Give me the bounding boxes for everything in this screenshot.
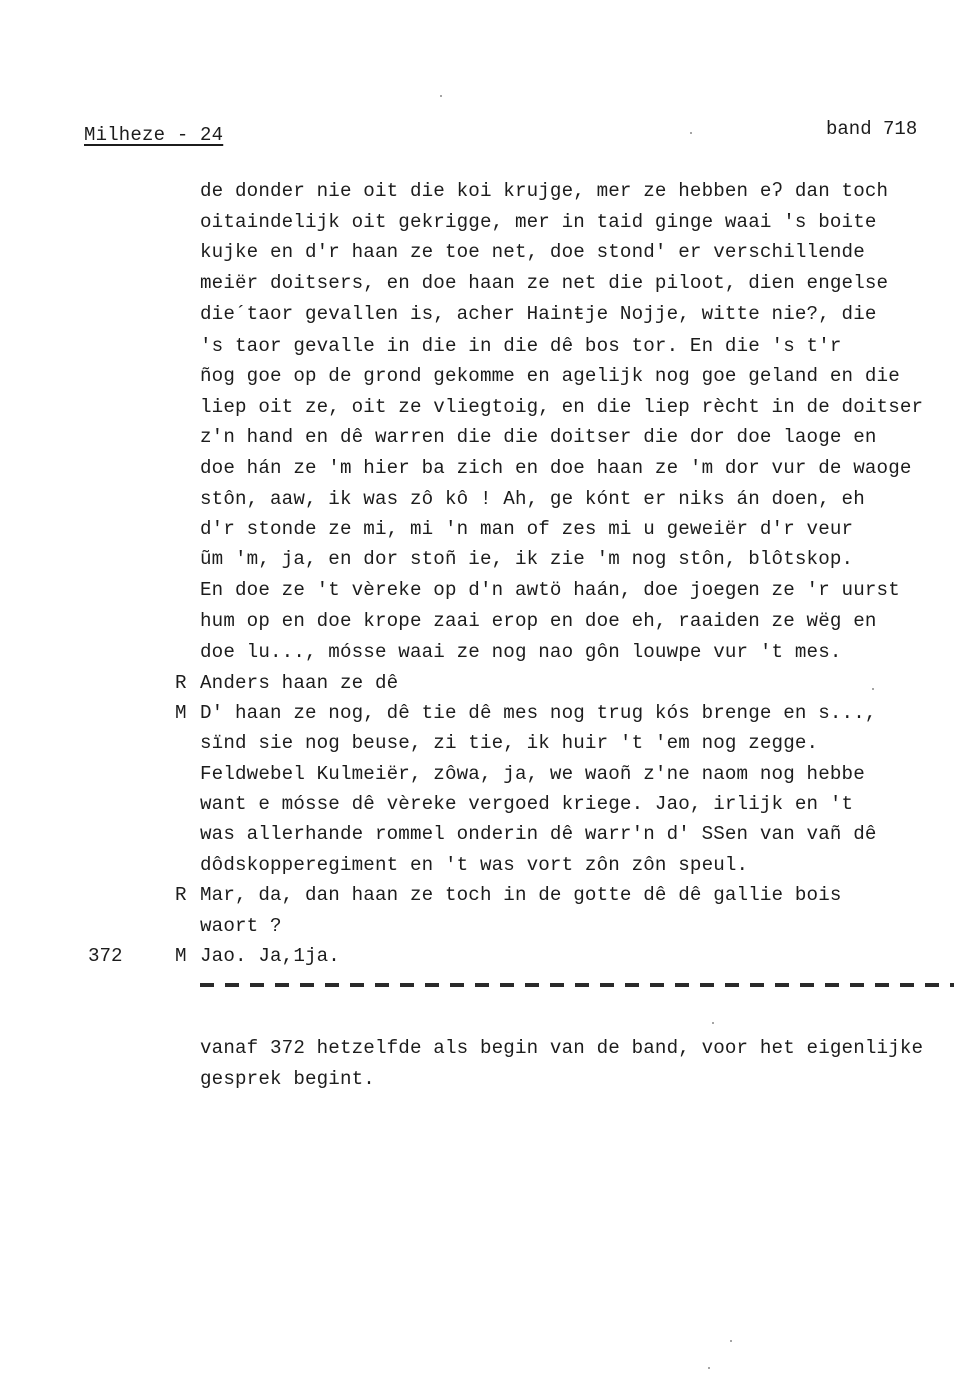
tape-label: band 718 xyxy=(826,118,917,140)
transcript-line: 's taor gevalle in die in die dê bos tor… xyxy=(200,337,842,356)
speaker-label: R xyxy=(175,886,187,905)
transcript-line: Feldwebel Kulmeiër, zôwa, ja, we waoñ z'… xyxy=(200,765,865,784)
note-line: vanaf 372 hetzelfde als begin van de ban… xyxy=(200,1039,923,1058)
transcript-line: was allerhande rommel onderin dê warr'n … xyxy=(200,825,877,844)
scan-speck xyxy=(440,95,442,97)
transcript-line: ũm 'm, ja, en dor stoñ ie, ik zie 'm no… xyxy=(200,550,853,569)
speaker-label: M xyxy=(175,704,187,723)
transcript-line: doe hán ze 'm hier ba zich en doe haan z… xyxy=(200,459,912,478)
transcript-line: die´taor gevallen is, acher Hainŧje Nojj… xyxy=(200,305,877,324)
transcript-line: hum op en doe krope zaai erop en doe eh,… xyxy=(200,612,877,631)
speaker-label: R xyxy=(175,674,187,693)
transcript-line: meiër doitsers, en doe haan ze net die p… xyxy=(200,274,888,293)
transcript-line: kujke en d'r haan ze toe net, doe stond'… xyxy=(200,243,865,262)
transcript-line: sïnd sie nog beuse, zi tie, ik huir 't '… xyxy=(200,734,818,753)
scan-speck xyxy=(708,1367,710,1369)
note-line: gesprek begint. xyxy=(200,1070,375,1089)
transcript-line: doe lu..., mósse waai ze nog nao gôn lou… xyxy=(200,643,842,662)
transcript-line: liep oit ze, oit ze vliegtoig, en die li… xyxy=(200,398,923,417)
transcript-line: waort ? xyxy=(200,917,282,936)
transcript-line: dôdskopperegiment en 't was vort zôn zôn… xyxy=(200,856,748,875)
transcript-line: Anders haan ze dê xyxy=(200,674,398,693)
transcript-line: D' haan ze nog, dê tie dê mes nog trug k… xyxy=(200,704,877,723)
dashed-separator xyxy=(200,983,954,987)
transcript-line: want e mósse dê vèreke vergoed kriege. J… xyxy=(200,795,853,814)
transcript-line: ñog goe op de grond gekomme en agelijk n… xyxy=(200,367,900,386)
transcript-line: stôn, aaw, ik was zô kô ! Ah, ge kónt er… xyxy=(200,490,865,509)
transcript-line: z'n hand en dê warren die die doitser di… xyxy=(200,428,877,447)
line-number: 372 xyxy=(88,947,123,966)
scan-speck xyxy=(872,688,874,690)
typewritten-page: Milheze - 24 band 718 de donder nie oit … xyxy=(0,0,979,1389)
transcript-line: oitaindelijk oit gekrigge, mer in taid g… xyxy=(200,213,877,232)
transcript-line: d'r stonde ze mi, mi 'n man of zes mi u … xyxy=(200,520,853,539)
transcript-line: En doe ze 't vèreke op d'n awtö haán, do… xyxy=(200,581,900,600)
scan-speck xyxy=(712,1022,714,1024)
transcript-line: Mar, da, dan haan ze toch in de gotte dê… xyxy=(200,886,842,905)
document-title: Milheze - 24 xyxy=(84,124,223,146)
transcript-line: Jao. Ja,1ja. xyxy=(200,947,340,966)
scan-speck xyxy=(690,132,692,134)
speaker-label: M xyxy=(175,947,187,966)
scan-speck xyxy=(730,1340,732,1342)
transcript-line: de donder nie oit die koi krujge, mer ze… xyxy=(200,182,888,201)
